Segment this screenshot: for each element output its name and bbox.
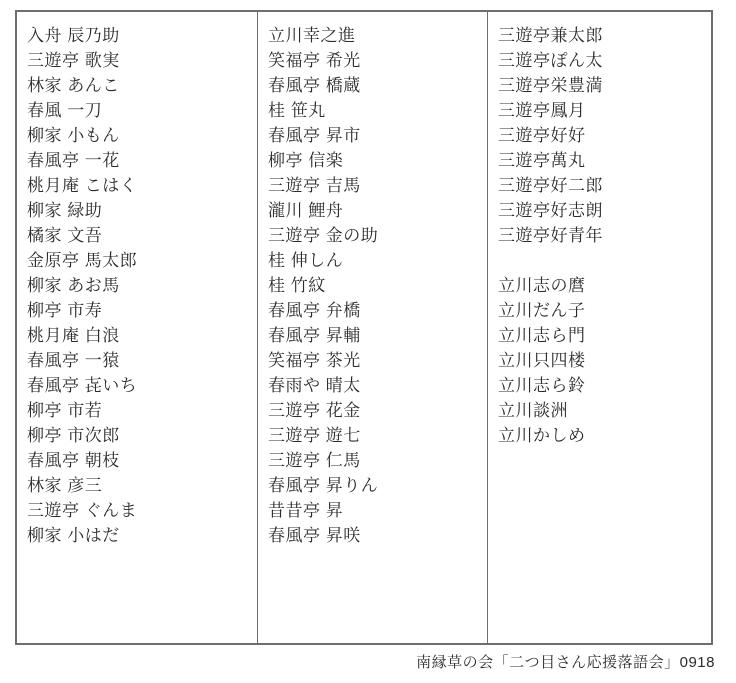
performer-name: 柳家 小はだ	[27, 523, 253, 548]
performer-name: 立川只四楼	[498, 348, 707, 373]
performer-name: 三遊亭 花金	[268, 398, 483, 423]
performer-name: 春風亭 昇輔	[268, 323, 483, 348]
performer-name: 三遊亭 遊七	[268, 423, 483, 448]
performer-name: 春風亭 一猿	[27, 348, 253, 373]
performer-name: 柳亭 市次郎	[27, 423, 253, 448]
performer-name: 立川だん子	[498, 298, 707, 323]
performer-name: 春風亭 弁橋	[268, 298, 483, 323]
performer-name: 橘家 文吾	[27, 223, 253, 248]
performer-name: 春風亭 橋蔵	[268, 73, 483, 98]
performer-name: 三遊亭好二郎	[498, 173, 707, 198]
performer-name: 立川かしめ	[498, 423, 707, 448]
performer-name: 桃月庵 こはく	[27, 173, 253, 198]
roster-column-1: 入舟 辰乃助三遊亭 歌実林家 あんこ春風 一刀柳家 小もん春風亭 一花桃月庵 こ…	[17, 12, 257, 643]
performer-name: 柳亭 市寿	[27, 298, 253, 323]
performer-name: 柳亭 信楽	[268, 148, 483, 173]
performer-name: 柳家 あお馬	[27, 273, 253, 298]
performer-name: 金原亭 馬太郎	[27, 248, 253, 273]
performer-name: 柳亭 市若	[27, 398, 253, 423]
performer-name: 立川志ら鈴	[498, 373, 707, 398]
performer-name: 春風 一刀	[27, 98, 253, 123]
performer-name: 春風亭 昇りん	[268, 473, 483, 498]
performer-name: 柳家 緑助	[27, 198, 253, 223]
performer-name: 三遊亭萬丸	[498, 148, 707, 173]
performer-name: 立川幸之進	[268, 23, 483, 48]
performer-name: 三遊亭兼太郎	[498, 23, 707, 48]
performer-name: 三遊亭好青年	[498, 223, 707, 248]
page: 入舟 辰乃助三遊亭 歌実林家 あんこ春風 一刀柳家 小もん春風亭 一花桃月庵 こ…	[0, 0, 736, 683]
performer-name: 春風亭 㐂いち	[27, 373, 253, 398]
performer-name: 三遊亭鳳月	[498, 98, 707, 123]
performer-name: 桂 笹丸	[268, 98, 483, 123]
performer-name: 桂 伸しん	[268, 248, 483, 273]
performer-name: 立川志の麿	[498, 273, 707, 298]
performer-name: 笑福亭 希光	[268, 48, 483, 73]
performer-name: 春風亭 一花	[27, 148, 253, 173]
performer-name: 三遊亭好好	[498, 123, 707, 148]
performer-name: 春風亭 朝枝	[27, 448, 253, 473]
performer-name: 入舟 辰乃助	[27, 23, 253, 48]
performer-name: 桂 竹紋	[268, 273, 483, 298]
roster-column-2: 立川幸之進笑福亭 希光春風亭 橋蔵桂 笹丸春風亭 昇市柳亭 信楽三遊亭 吉馬瀧川…	[257, 12, 487, 643]
performer-roster-table: 入舟 辰乃助三遊亭 歌実林家 あんこ春風 一刀柳家 小もん春風亭 一花桃月庵 こ…	[15, 10, 713, 645]
performer-name: 三遊亭好志朗	[498, 198, 707, 223]
performer-name: 春風亭 昇咲	[268, 523, 483, 548]
performer-name: 三遊亭 金の助	[268, 223, 483, 248]
performer-name: 三遊亭ぽん太	[498, 48, 707, 73]
roster-column-3: 三遊亭兼太郎三遊亭ぽん太三遊亭栄豊満三遊亭鳳月三遊亭好好三遊亭萬丸三遊亭好二郎三…	[487, 12, 711, 643]
performer-name: 林家 彦三	[27, 473, 253, 498]
performer-name: 柳家 小もん	[27, 123, 253, 148]
performer-name: 立川志ら門	[498, 323, 707, 348]
performer-name: 昔昔亭 昇	[268, 498, 483, 523]
performer-name: 三遊亭 ぐんま	[27, 498, 253, 523]
performer-name: 三遊亭栄豊満	[498, 73, 707, 98]
performer-name: 三遊亭 仁馬	[268, 448, 483, 473]
performer-name: 瀧川 鯉舟	[268, 198, 483, 223]
performer-name: 春雨や 晴太	[268, 373, 483, 398]
performer-name: 桃月庵 白浪	[27, 323, 253, 348]
performer-name: 立川談洲	[498, 398, 707, 423]
performer-name: 林家 あんこ	[27, 73, 253, 98]
performer-name: 三遊亭 吉馬	[268, 173, 483, 198]
footer-caption: 南縁草の会「二つ目さん応援落語会」0918	[416, 651, 715, 672]
spacer-row	[498, 248, 707, 273]
performer-name: 笑福亭 茶光	[268, 348, 483, 373]
performer-name: 春風亭 昇市	[268, 123, 483, 148]
performer-name: 三遊亭 歌実	[27, 48, 253, 73]
